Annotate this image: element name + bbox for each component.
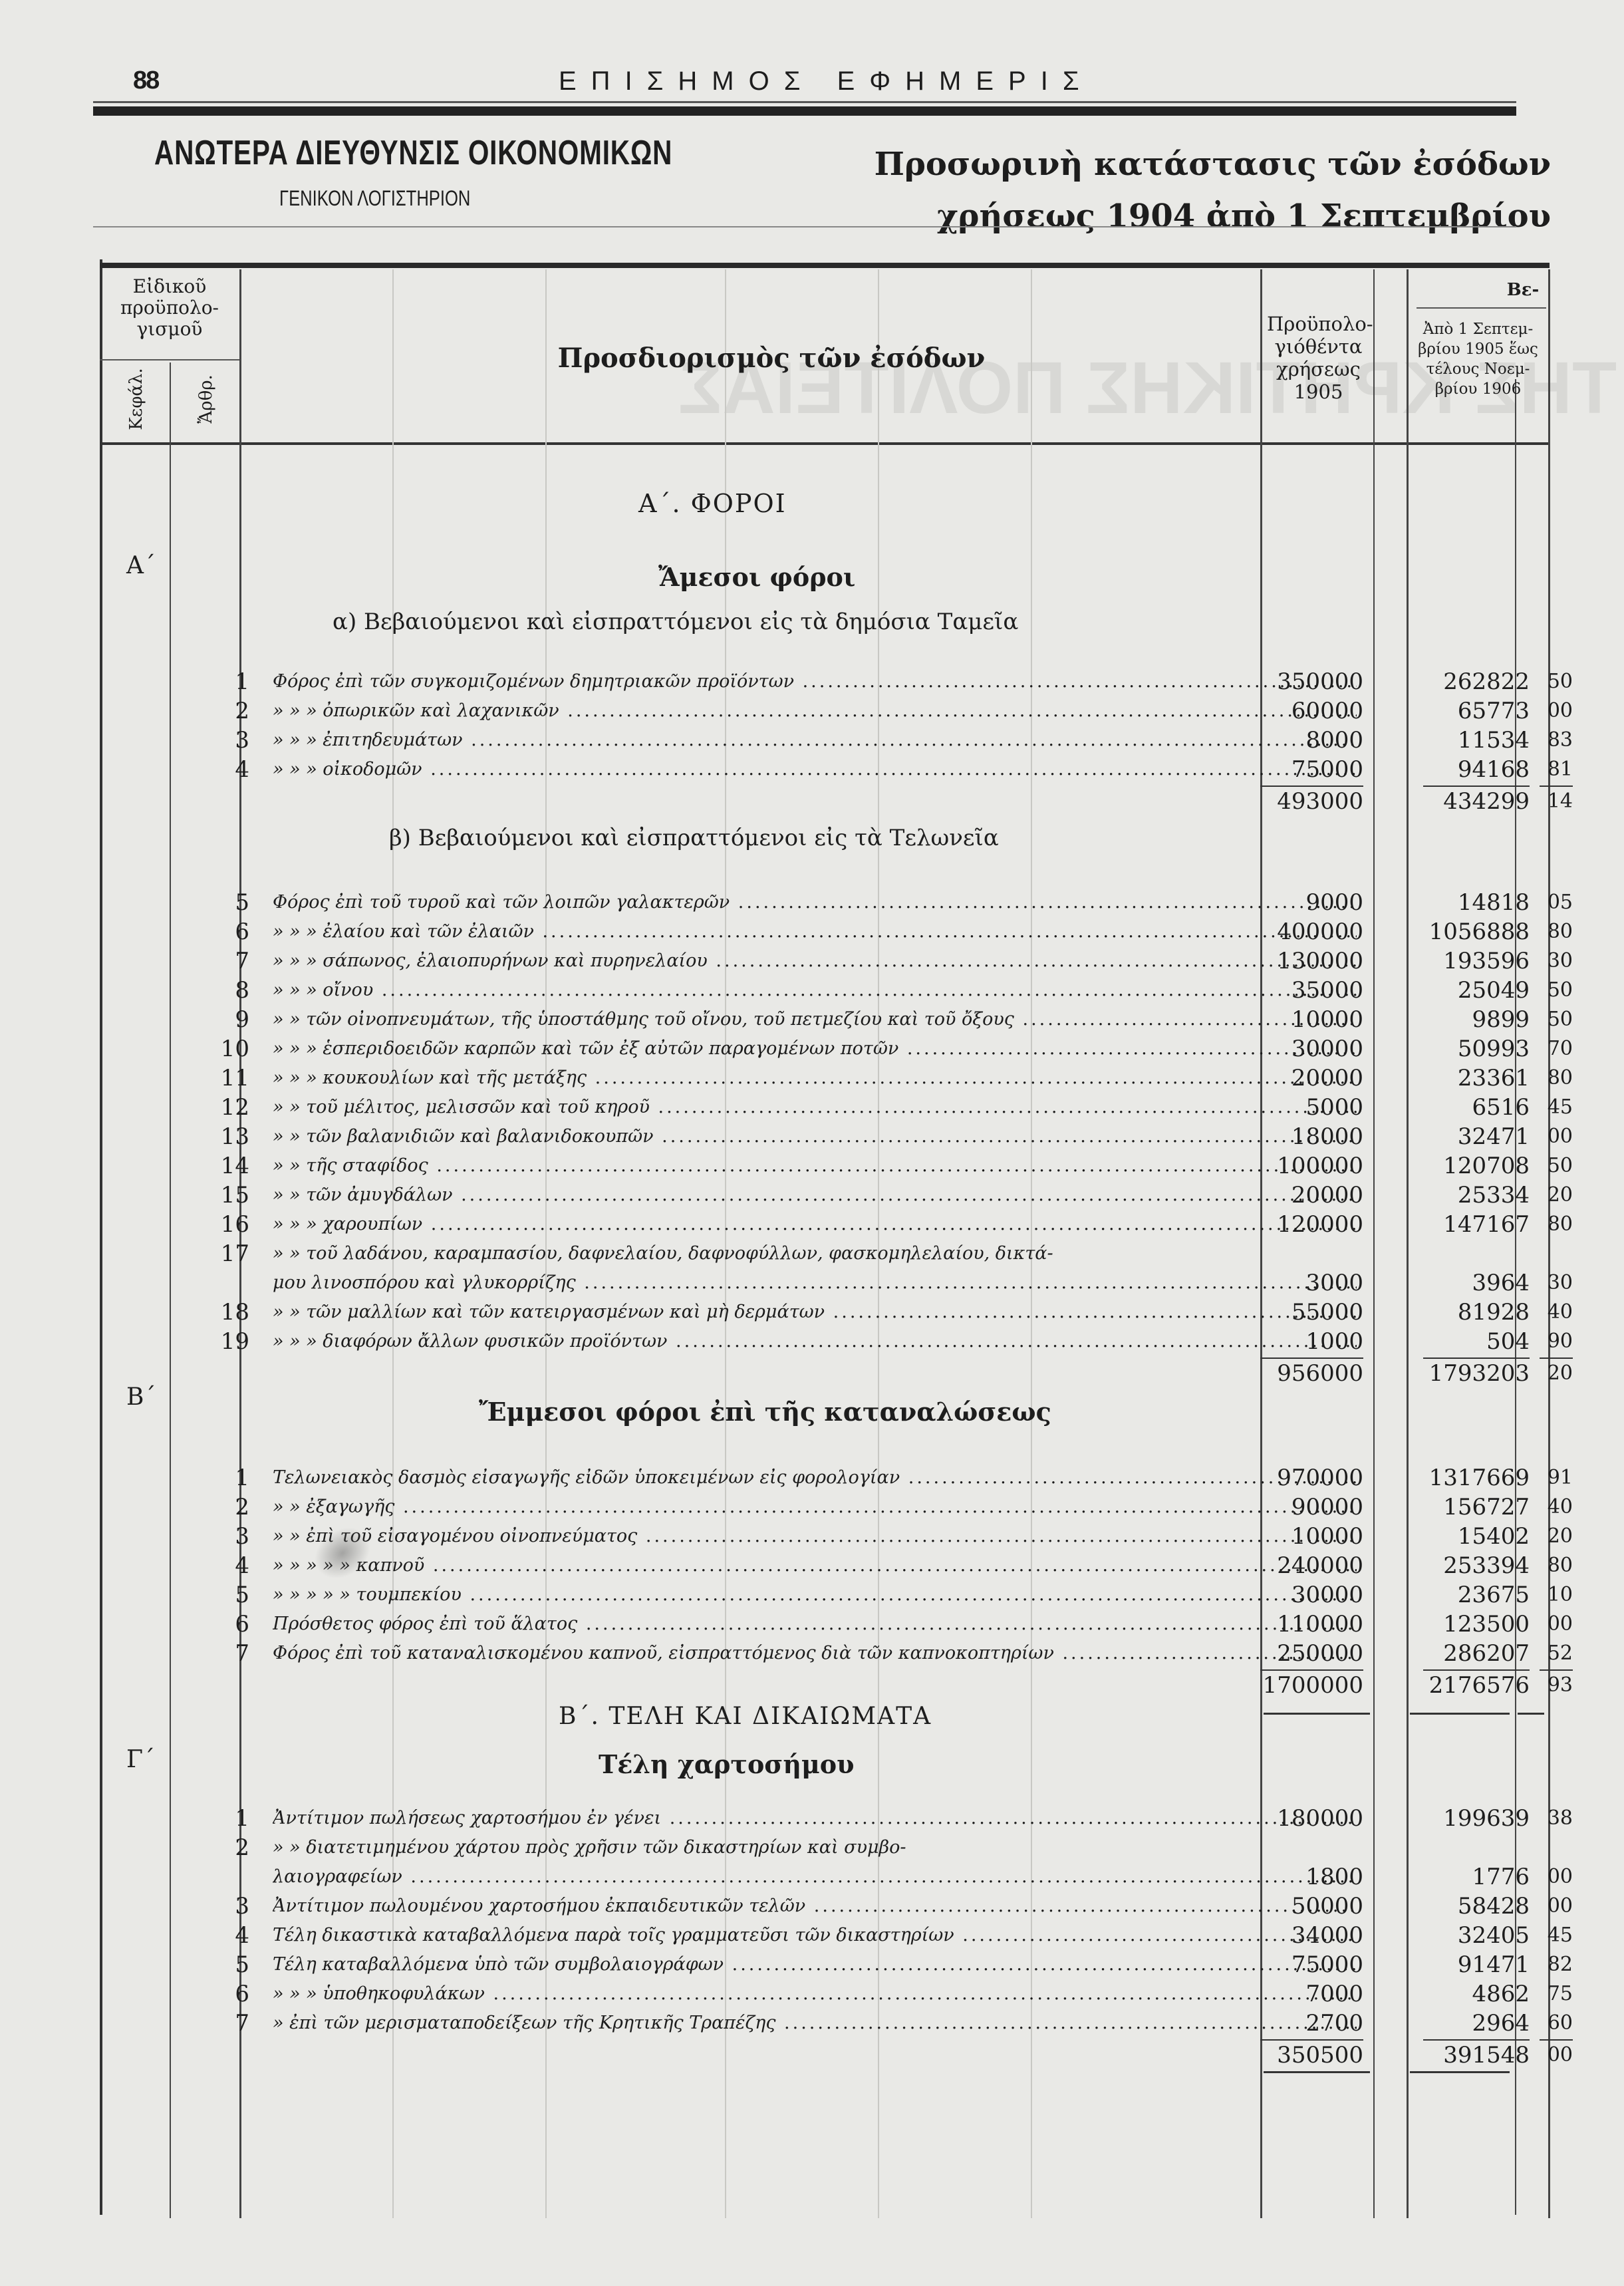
table-row: 15» » τῶν ἀμυγδάλων200002533420 bbox=[100, 1181, 1550, 1210]
group-title-stamp-duties: Τέλη χαρτοσήμου bbox=[599, 1749, 854, 1779]
header-article: Ἄρθρ. bbox=[196, 362, 216, 436]
double-underline bbox=[1518, 1713, 1544, 1715]
report-title-line-2: χρήσεως 1904 ἀπὸ 1 Σεπτεμβρίου bbox=[875, 190, 1551, 242]
table-row: 1Ἀντίτιμον πωλήσεως χαρτοσήμου ἐν γένει1… bbox=[100, 1804, 1550, 1833]
subtotal-row: 1700000217657693 bbox=[100, 1669, 1550, 1699]
header-collected-prefix: Βε- bbox=[1503, 279, 1543, 301]
subtotal-row: 35050039154800 bbox=[100, 2039, 1550, 2069]
table-header-rule-bottom bbox=[100, 442, 1550, 445]
title-rule bbox=[93, 226, 1516, 227]
table-row: 14» » τῆς σταφίδος10000012070850 bbox=[100, 1151, 1550, 1181]
table-row: 7Φόρος ἐπὶ τοῦ καταναλισκομένου καπνοῦ, … bbox=[100, 1639, 1550, 1668]
table-row: 10» » » ἑσπεριδοειδῶν καρπῶν καὶ τῶν ἐξ … bbox=[100, 1034, 1550, 1064]
group-title-direct-taxes: Ἄμεσοι φόροι bbox=[658, 562, 855, 592]
chapter-mark-a: Α΄ bbox=[126, 552, 156, 579]
department-heading: ΑΝΩΤΕΡΑ ΔΙΕΥΘΥΝΣΙΣ ΟΙΚΟΝΟΜΙΚΩΝ bbox=[154, 133, 672, 173]
table-row: 6Πρόσθετος φόρος ἐπὶ τοῦ ἅλατος110000123… bbox=[100, 1610, 1550, 1639]
table-row-continuation: λαιογραφείων1800177600 bbox=[100, 1862, 1550, 1892]
double-underline bbox=[1410, 1713, 1510, 1715]
table-row: 6» » » ἐλαίου καὶ τῶν ἐλαιῶν400000105688… bbox=[100, 917, 1550, 946]
table-row: 19» » » διαφόρων ἄλλων φυσικῶν προϊόντων… bbox=[100, 1327, 1550, 1356]
header-description: Προσδιορισμὸς τῶν ἐσόδων bbox=[532, 343, 1011, 374]
gazette-title: ΕΠΙΣΗΜΟΣ ΕΦΗΜΕΡΙΣ bbox=[559, 67, 1094, 96]
subgroup-title-customs: β) Βεβαιούμενοι καὶ εἰσπραττόμενοι εἰς τ… bbox=[389, 825, 999, 851]
header-chapter: Κεφάλ. bbox=[126, 362, 146, 436]
gazette-page: ΤΗΣ ΚΡΗΤΙΚΗΣ ΠΟΛΙΤΕΙΑΣ 88 ΕΠΙΣΗΜΟΣ ΕΦΗΜΕ… bbox=[0, 0, 1624, 2286]
table-row: 16» » » χαρουπίων12000014716780 bbox=[100, 1210, 1550, 1239]
double-underline bbox=[1410, 2071, 1510, 2073]
page-number: 88 bbox=[133, 67, 158, 95]
table-row: 9» » τῶν οἰνοπνευμάτων, τῆς ὑποστάθμης τ… bbox=[100, 1005, 1550, 1034]
table-row: 18» » τῶν μαλλίων καὶ τῶν κατειργασμένων… bbox=[100, 1298, 1550, 1327]
header-sub-rule bbox=[1417, 307, 1546, 309]
table-row: 5Τέλη καταβαλλόμενα ὑπὸ τῶν συμβολαιογρά… bbox=[100, 1950, 1550, 1979]
table-row: 5Φόρος ἐπὶ τοῦ τυροῦ καὶ τῶν λοιπῶν γαλα… bbox=[100, 888, 1550, 917]
header-collected: Ἀπὸ 1 Σεπτεμ-βρίου 1905 ἕως τέλους Νοεμ-… bbox=[1413, 319, 1543, 399]
table-row: 3» » » ἐπιτηδευμάτων80001153483 bbox=[100, 726, 1550, 755]
chapter-mark-c: Γ΄ bbox=[126, 1746, 155, 1773]
subtotal-row: 49300043429914 bbox=[100, 786, 1550, 815]
table-row: 2» » ἐξαγωγῆς9000015672740 bbox=[100, 1493, 1550, 1522]
table-row: 4Τέλη δικαστικὰ καταβαλλόμενα παρὰ τοῖς … bbox=[100, 1921, 1550, 1950]
table-header-rule-top bbox=[100, 263, 1550, 268]
section-title-taxes: Α΄. ΦΟΡΟΙ bbox=[638, 489, 787, 518]
table-row: 8» » » οἴνου350002504950 bbox=[100, 976, 1550, 1005]
table-row: 12» » τοῦ μέλιτος, μελισσῶν καὶ τοῦ κηρο… bbox=[100, 1093, 1550, 1122]
table-row: 6» » » ὑποθηκοφυλάκων7000486275 bbox=[100, 1979, 1550, 2009]
table-row: 7» ἐπὶ τῶν μερισματαποδείξεων τῆς Κρητικ… bbox=[100, 2009, 1550, 2038]
table-row: 7» » » σάπωνος, ἐλαιοπυρήνων καὶ πυρηνελ… bbox=[100, 946, 1550, 976]
masthead-rule-thick bbox=[93, 106, 1516, 116]
double-underline bbox=[1264, 1713, 1370, 1715]
table-row: 11» » » κουκουλίων καὶ τῆς μετάξης200002… bbox=[100, 1064, 1550, 1093]
header-sub-rule bbox=[100, 359, 239, 360]
table-row: 2» » » ὀπωρικῶν καὶ λαχανικῶν60000657730… bbox=[100, 696, 1550, 726]
subgroup-title-public-treasury: α) Βεβαιούμενοι καὶ εἰσπραττόμενοι εἰς τ… bbox=[333, 609, 1018, 635]
table-row: 4» » » οἰκοδομῶν750009416881 bbox=[100, 755, 1550, 784]
double-underline bbox=[1264, 2071, 1370, 2073]
header-special-budget: Εἰδικοῦ προϋπολο-γισμοῦ bbox=[103, 276, 236, 340]
table-row: 13» » τῶν βαλανιδιῶν καὶ βαλανιδοκουπῶν1… bbox=[100, 1122, 1550, 1151]
table-row-continuation: μου λινοσπόρου καὶ γλυκορρίζης3000396430 bbox=[100, 1268, 1550, 1298]
table-row: 2» » διατετιμημένου χάρτου πρὸς χρῆσιν τ… bbox=[100, 1833, 1550, 1862]
table-row: 3Ἀντίτιμον πωλουμένου χαρτοσήμου ἐκπαιδε… bbox=[100, 1892, 1550, 1921]
masthead-rule-thin bbox=[93, 101, 1516, 103]
chapter-mark-b: Β΄ bbox=[126, 1383, 156, 1411]
subtotal-row: 956000179320320 bbox=[100, 1357, 1550, 1387]
table-row: 5» » » » » τουμπεκίου300002367510 bbox=[100, 1580, 1550, 1610]
section-title-fees: Β΄. ΤΕΛΗ ΚΑΙ ΔΙΚΑΙΩΜΑΤΑ bbox=[559, 1703, 932, 1730]
table-row: 1Τελωνειακὸς δασμὸς εἰσαγωγῆς εἰδῶν ὑποκ… bbox=[100, 1463, 1550, 1493]
table-row: 1Φόρος ἐπὶ τῶν συγκομιζομένων δημητριακῶ… bbox=[100, 667, 1550, 696]
subdepartment-heading: ΓΕΝΙΚΟΝ ΛΟΓΙΣΤΗΡΙΟΝ bbox=[279, 186, 470, 211]
table-row: 17» » τοῦ λαδάνου, καραμπασίου, δαφνελαί… bbox=[100, 1239, 1550, 1268]
report-title-line-1: Προσωρινὴ κατάστασις τῶν ἐσόδων bbox=[875, 138, 1551, 190]
group-title-indirect-taxes: Ἔμμεσοι φόροι ἐπὶ τῆς καταναλώσεως bbox=[479, 1397, 1051, 1427]
header-budgeted: Προϋπολο-γιόθέντα χρήσεως 1905 bbox=[1267, 313, 1370, 403]
